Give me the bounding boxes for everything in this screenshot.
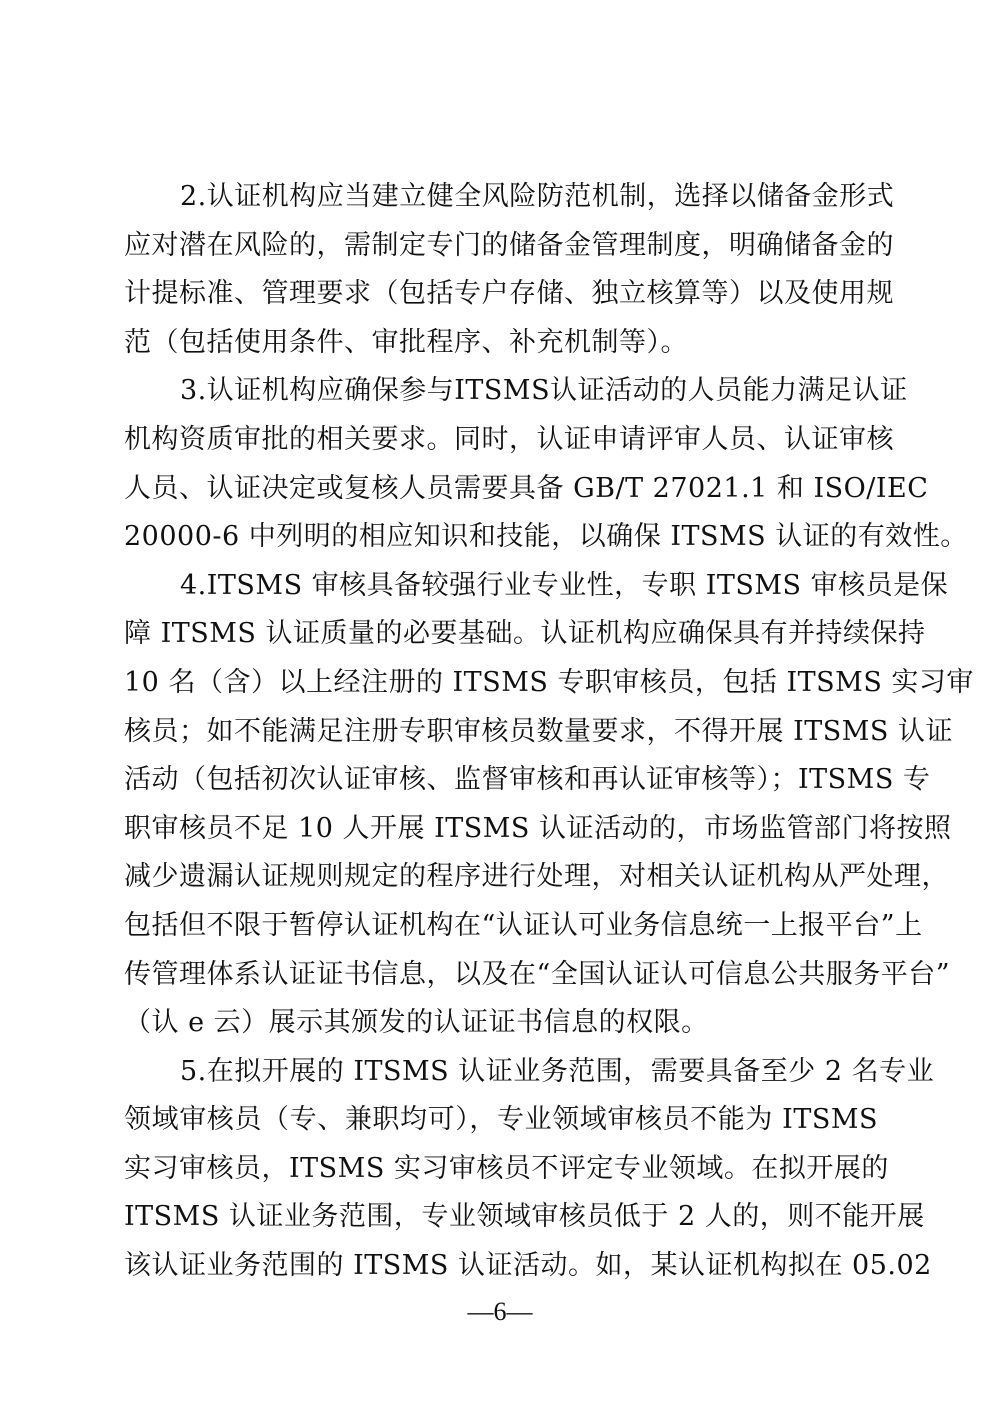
text-line: 领域审核员（专、兼职均可），专业领域审核员不能为 ITSMS [124,1096,878,1145]
text-line: ITSMS 认证业务范围，专业领域审核员低于 2 人的，则不能开展 [124,1193,878,1242]
paragraph-item-2: 2.认证机构应当建立健全风险防范机制，选择以储备金形式 应对潜在风险的，需制定专… [124,173,878,367]
text-line: 实习审核员，ITSMS 实习审核员不评定专业领域。在拟开展的 [124,1145,878,1194]
text-line: 传管理体系认证证书信息，以及在“全国认证认可信息公共服务平台” [124,951,878,1000]
text-line: 活动（包括初次认证审核、监督审核和再认证审核等）；ITSMS 专 [124,756,878,805]
text-line: 10 名（含）以上经注册的 ITSMS 专职审核员，包括 ITSMS 实习审 [124,659,878,708]
paragraph-item-5: 5.在拟开展的 ITSMS 认证业务范围，需要具备至少 2 名专业 领域审核员（… [124,1048,878,1291]
document-page: 2.认证机构应当建立健全风险防范机制，选择以储备金形式 应对潜在风险的，需制定专… [0,0,1000,1414]
text-line: 减少遗漏认证规则规定的程序进行处理，对相关认证机构从严处理， [124,853,878,902]
text-line: 应对潜在风险的，需制定专门的储备金管理制度，明确储备金的 [124,222,878,271]
text-line: 包括但不限于暂停认证机构在“认证认可业务信息统一上报平台”上 [124,902,878,951]
text-line: 4.ITSMS 审核具备较强行业专业性，专职 ITSMS 审核员是保 [124,562,878,611]
text-line: 计提标准、管理要求（包括专户存储、独立核算等）以及使用规 [124,270,878,319]
paragraph-item-4: 4.ITSMS 审核具备较强行业专业性，专职 ITSMS 审核员是保 障 ITS… [124,562,878,1048]
text-line: 障 ITSMS 认证质量的必要基础。认证机构应确保具有并持续保持 [124,610,878,659]
paragraph-item-3: 3.认证机构应确保参与ITSMS认证活动的人员能力满足认证 机构资质审批的相关要… [124,367,878,561]
text-line: 机构资质审批的相关要求。同时，认证申请评审人员、认证审核 [124,416,878,465]
text-line: 职审核员不足 10 人开展 ITSMS 认证活动的，市场监管部门将按照 [124,805,878,854]
document-body: 2.认证机构应当建立健全风险防范机制，选择以储备金形式 应对潜在风险的，需制定专… [124,173,878,1291]
text-line: （认 e 云）展示其颁发的认证证书信息的权限。 [124,999,878,1048]
text-line: 范（包括使用条件、审批程序、补充机制等）。 [124,319,878,368]
text-line: 核员；如不能满足注册专职审核员数量要求，不得开展 ITSMS 认证 [124,708,878,757]
text-line: 3.认证机构应确保参与ITSMS认证活动的人员能力满足认证 [124,367,878,416]
text-line: 2.认证机构应当建立健全风险防范机制，选择以储备金形式 [124,173,878,222]
text-line: 5.在拟开展的 ITSMS 认证业务范围，需要具备至少 2 名专业 [124,1048,878,1097]
text-line: 该认证业务范围的 ITSMS 认证活动。如，某认证机构拟在 05.02 [124,1242,878,1291]
text-line: 人员、认证决定或复核人员需要具备 GB/T 27021.1 和 ISO/IEC [124,465,878,514]
text-line: 20000-6 中列明的相应知识和技能，以确保 ITSMS 认证的有效性。 [124,513,878,562]
page-number: —6— [0,1297,1000,1327]
